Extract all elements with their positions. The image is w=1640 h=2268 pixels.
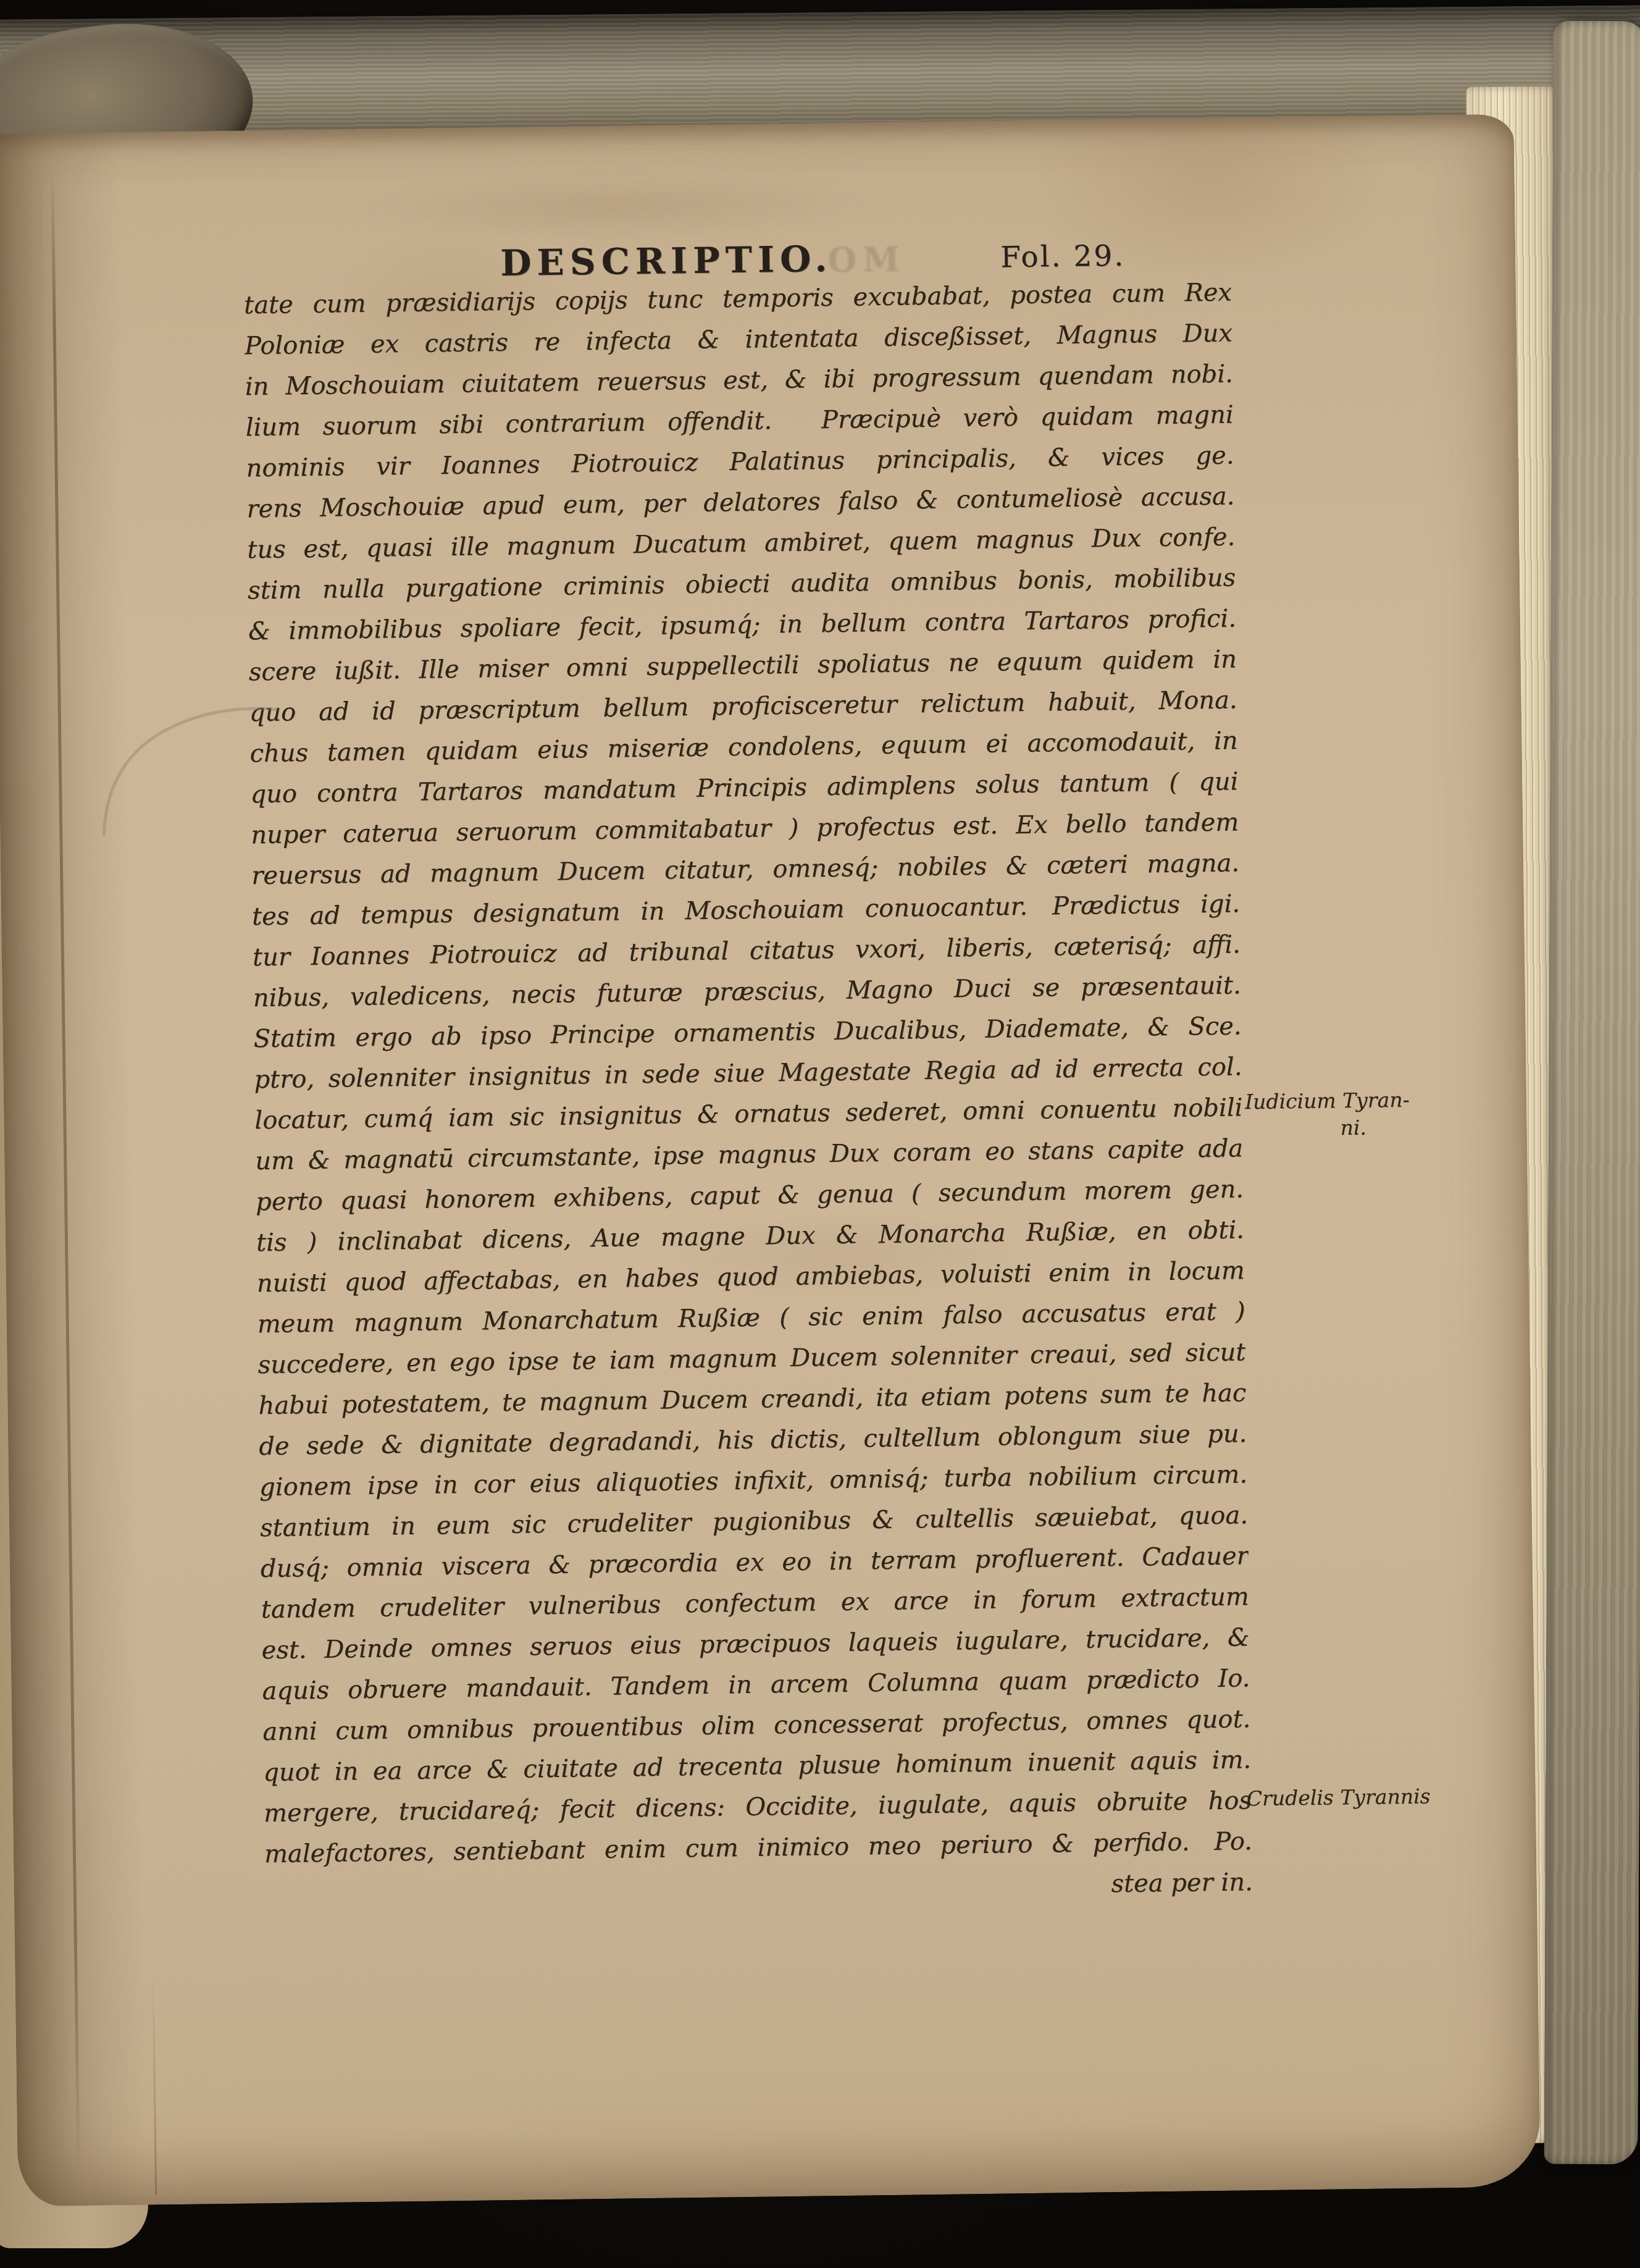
margin-note-line: ni. [1245, 1113, 1462, 1143]
book-page: DESCRIPTIO. OM Fol. 29. tate cum præsidi… [0, 114, 1541, 2207]
running-title: DESCRIPTIO. [500, 238, 833, 284]
margin-note-iudicium: Iudicium Tyran- ni. [1245, 1086, 1462, 1143]
margin-note-line: Crudelis Tyrannis [1247, 1783, 1463, 1813]
parchment-cover-edge [1544, 21, 1640, 2165]
margin-note-crudelis: Crudelis Tyrannis [1247, 1783, 1463, 1813]
paper-crease [152, 1973, 157, 2195]
gutter-crease [51, 170, 80, 2177]
scanned-book-photo: DESCRIPTIO. OM Fol. 29. tate cum præsidi… [0, 0, 1640, 2268]
body-text-block: tate cum præsidiarijs copijs tunc tempor… [244, 272, 1253, 1916]
folio-number: Fol. 29. [1000, 239, 1126, 275]
margin-note-line: Iudicium Tyran- [1245, 1086, 1462, 1116]
paper-stain [337, 166, 893, 247]
pencil-mark [91, 686, 290, 849]
show-through-text: OM [827, 239, 906, 280]
